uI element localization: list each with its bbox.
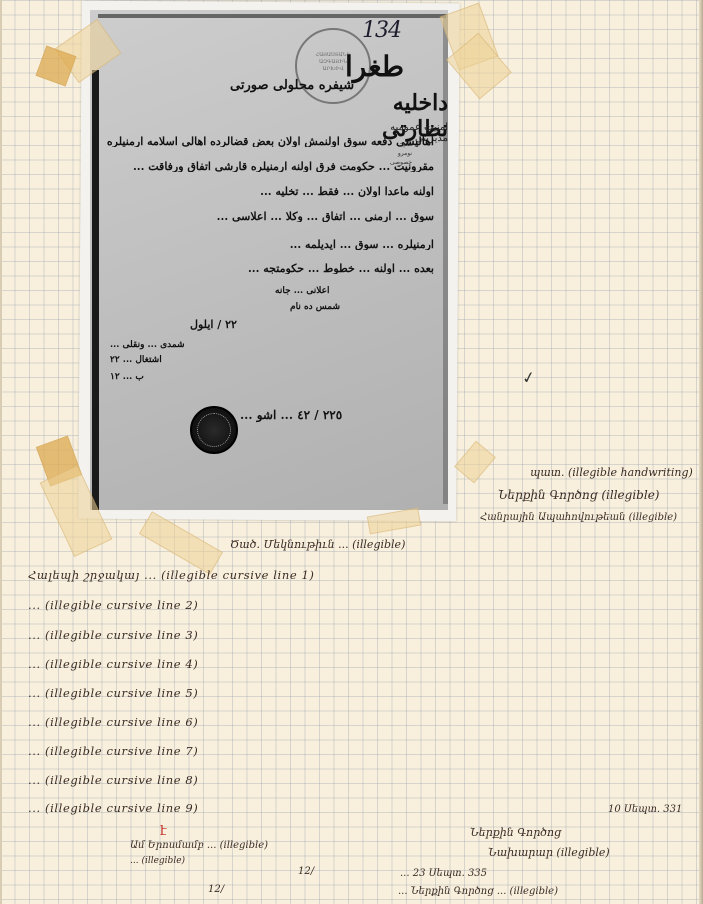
ref-label: نومرو xyxy=(390,149,412,158)
armenian-body-line: ... (illegible cursive line 5) xyxy=(28,686,198,700)
ottoman-body-line: مقرونيت ... حكومت فرق اولنه ارمنيلره قار… xyxy=(104,160,434,172)
armenian-body-line: ... (illegible cursive line 2) xyxy=(28,598,198,612)
pencil-checkmark: ✓ xyxy=(520,367,537,388)
tape-bottom-center xyxy=(139,511,223,575)
armenian-body-line: ... (illegible cursive line 7) xyxy=(28,744,198,758)
armenian-header-line: Հանրային Ապահովութեան (illegible) xyxy=(480,512,677,523)
ottoman-body-line: بعده ... اولنه ... خطوط ... حكومتجه ... xyxy=(104,262,434,274)
ottoman-seal-icon xyxy=(190,406,238,454)
red-annotation: է xyxy=(160,820,167,839)
date-block: ٢٢ / ايلول xyxy=(190,318,237,331)
armenian-body-line: Հալեպի շրջակայ ... (illegible cursive li… xyxy=(28,568,315,582)
footer-number: 12/ xyxy=(298,866,314,877)
armenian-footer-left-line: ... (illegible) xyxy=(130,856,185,866)
footer-number: 12/ xyxy=(208,884,224,895)
armenian-footer-right-line: ... 23 Սեպտ. 335 xyxy=(400,868,487,879)
armenian-body-line: ... (illegible cursive line 9) xyxy=(28,801,198,815)
signature-line: شمس ده نام xyxy=(290,302,340,312)
document-number: 134 xyxy=(362,18,401,43)
red-mark: է xyxy=(160,824,167,839)
signature-line: اعلانى ... جانه xyxy=(275,286,330,296)
armenian-footer-left-line: Ամ Երոսմամբ ... (illegible) xyxy=(130,840,268,851)
left-note: اشتغال ... ٢٢ xyxy=(110,355,162,365)
left-note: ب ... ١٢ xyxy=(110,372,144,382)
armenian-footer-right-line: ... Ներքին Գործոց ... (illegible) xyxy=(398,886,558,897)
armenian-header-line: պատ. (illegible handwriting) xyxy=(530,466,693,479)
armenian-body-line: ... (illegible cursive line 8) xyxy=(28,773,198,787)
armenian-title: Ծած. Մեկնութիւն ... (illegible) xyxy=(230,538,405,551)
photo-left-shadow xyxy=(92,70,99,510)
cipher-heading: شيفره محلولى صورتى xyxy=(230,78,354,93)
ottoman-body-line: اولنه ماعدا اولان ... فقط ... تخليه ... xyxy=(104,185,434,197)
armenian-signature-line: Ներքին Գործոց xyxy=(470,826,561,839)
photo-right-shadow xyxy=(443,14,448,504)
ottoman-body-line: ارمنيلره ... سوق ... ايديلمه ... xyxy=(104,238,434,250)
ottoman-body-line: سوق ... ارمنى ... اتفاق ... وكلا ... اعل… xyxy=(124,210,434,222)
tape-bottom-right xyxy=(454,441,496,484)
armenian-body-line: ... (illegible cursive line 6) xyxy=(28,715,198,729)
ottoman-document-photo: ՀԱՅԱՍՏԱՆԻ ԱԶԳԱՅԻՆ ԱՐԽԻՎ 134 طغرا داخليه … xyxy=(90,10,448,510)
armenian-body-line: ... (illegible cursive line 3) xyxy=(28,628,198,642)
seal-date: ٢٢٥ / ٤٢ ... اشو ... xyxy=(240,408,342,422)
paper-right-edge xyxy=(699,0,703,904)
left-note: شمدى ... ونقلى ... xyxy=(110,340,185,350)
armenian-body-date: 10 Սեպտ. 331 xyxy=(608,804,682,815)
ottoman-body-line: اهاليسى دفعه سوق اولنمش اولان بعض قضالرد… xyxy=(104,135,434,147)
armenian-signature-line: Նախարար (illegible) xyxy=(488,846,610,859)
armenian-body-line: ... (illegible cursive line 4) xyxy=(28,657,198,671)
paper-left-edge xyxy=(0,0,2,904)
armenian-header-line: Ներքին Գործոց (illegible) xyxy=(498,488,659,502)
